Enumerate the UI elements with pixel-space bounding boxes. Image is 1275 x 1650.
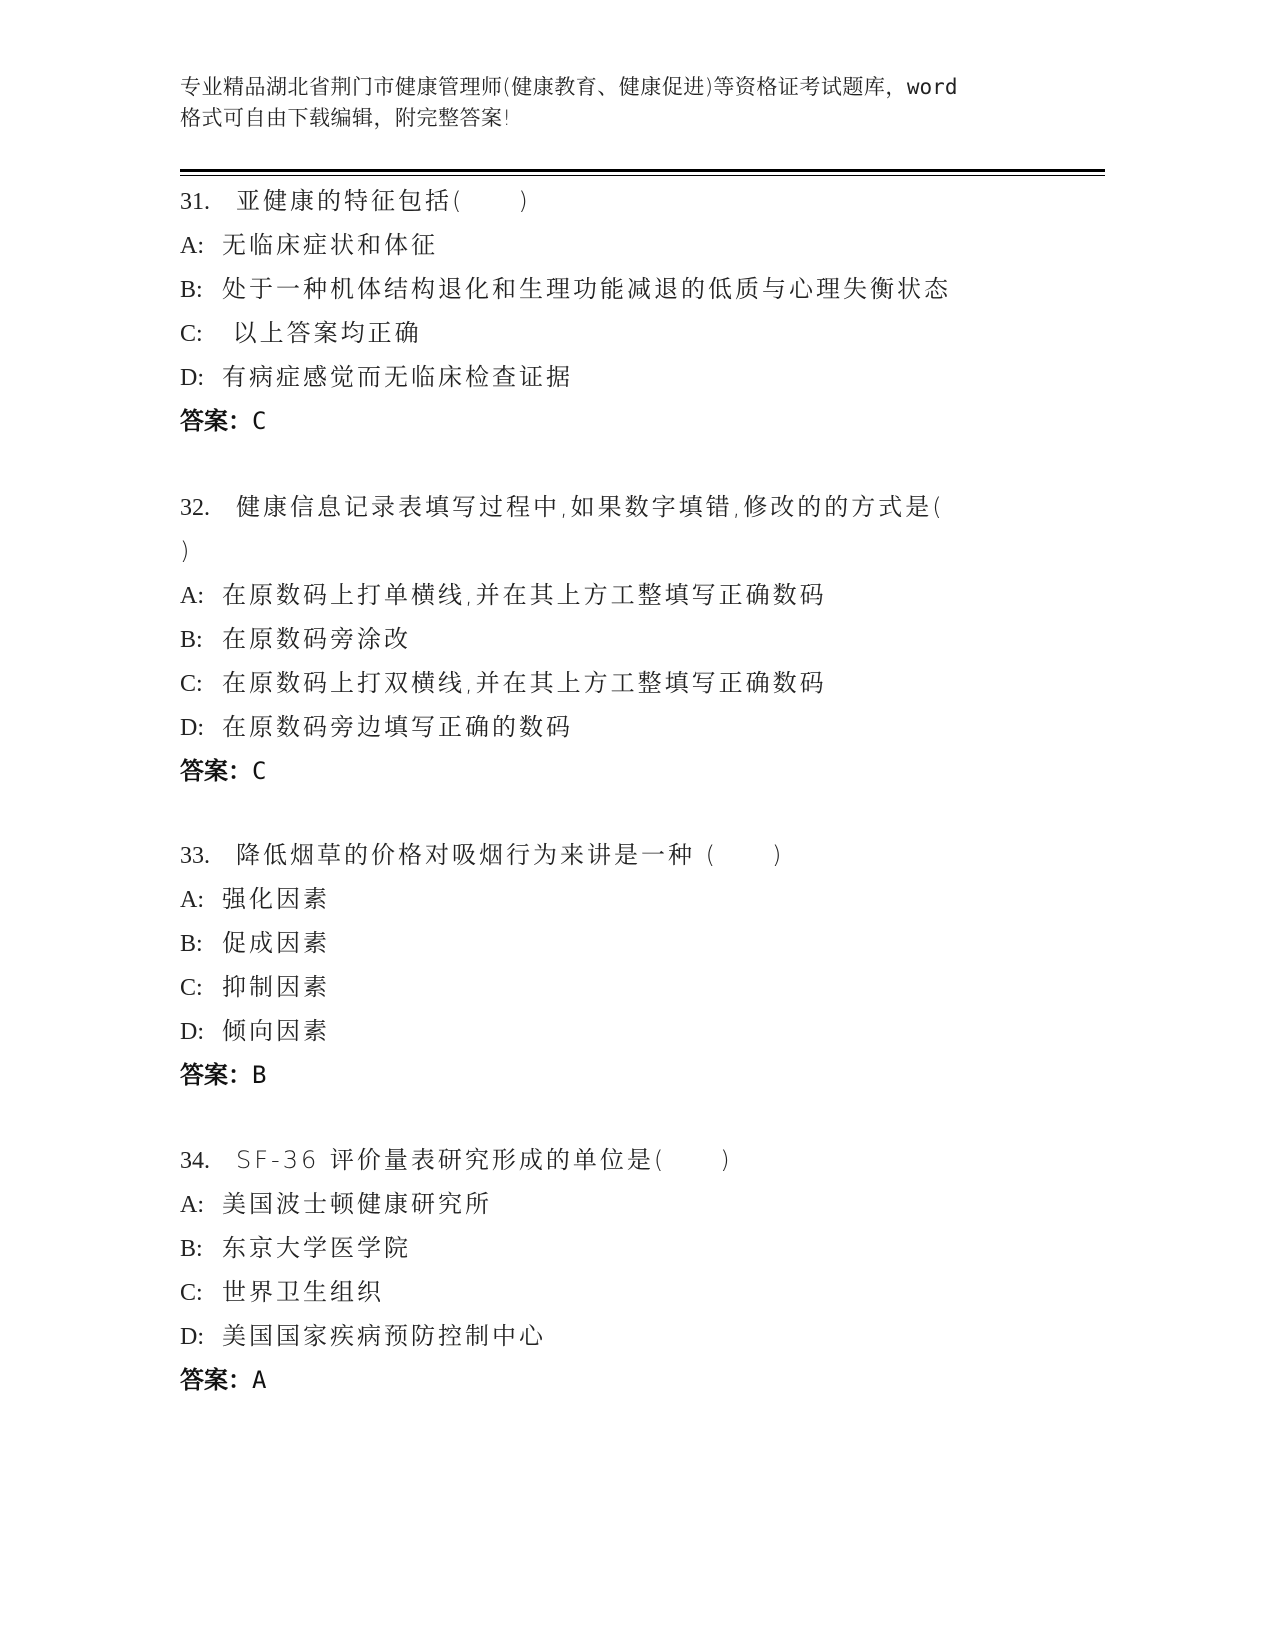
question-31: 31.亚健康的特征包括( ) A:无临床症状和体征 B:处于一种机体结构退化和生… [180, 179, 1080, 443]
option-text: 强化因素 [222, 885, 330, 913]
header-divider-thin [180, 175, 1105, 176]
answer-label: 答案： [180, 407, 252, 435]
option-c: C: 以上答案均正确 [180, 311, 1080, 355]
question-number: 34. [180, 1139, 236, 1183]
question-text: 健康信息记录表填写过程中,如果数字填错,修改的的方式是( [236, 493, 945, 521]
option-c: C:世界卫生组织 [180, 1270, 1080, 1314]
question-32: 32.健康信息记录表填写过程中,如果数字填错,修改的的方式是( ) A:在原数码… [180, 485, 1080, 793]
document-header: 专业精品湖北省荆门市健康管理师(健康教育、健康促进)等资格证考试题库，word … [180, 72, 1060, 134]
question-text: 降低烟草的价格对吸烟行为来讲是一种 ( ) [236, 841, 784, 869]
option-b: B:促成因素 [180, 921, 1080, 965]
header-word: word [907, 75, 958, 99]
option-text: 以上答案均正确 [222, 319, 422, 347]
option-label: D: [180, 1315, 222, 1359]
answer-value: C [252, 407, 266, 435]
option-label: D: [180, 706, 222, 750]
question-number: 33. [180, 834, 236, 878]
option-label: B: [180, 268, 222, 312]
answer-label: 答案： [180, 757, 252, 785]
answer-line: 答案：A [180, 1358, 1080, 1402]
option-text: 在原数码上打双横线,并在其上方工整填写正确数码 [222, 669, 827, 697]
option-text: 东京大学医学院 [222, 1234, 411, 1262]
question-stem: 32.健康信息记录表填写过程中,如果数字填错,修改的的方式是( [180, 485, 1080, 529]
question-text: 亚健康的特征包括( ) [236, 187, 531, 215]
option-b: B:东京大学医学院 [180, 1226, 1080, 1270]
answer-line: 答案：B [180, 1053, 1080, 1097]
question-33: 33.降低烟草的价格对吸烟行为来讲是一种 ( ) A:强化因素 B:促成因素 C… [180, 833, 1080, 1097]
question-stem: 34.SF-36 评价量表研究形成的单位是( ) [180, 1138, 1080, 1182]
option-text: 在原数码旁涂改 [222, 625, 411, 653]
header-divider-thick [180, 169, 1105, 172]
header-title: 专业精品湖北省荆门市健康管理师(健康教育、健康促进)等资格证考试题库， [180, 75, 907, 99]
option-c: C:在原数码上打双横线,并在其上方工整填写正确数码 [180, 661, 1080, 705]
option-label: B: [180, 618, 222, 662]
question-number: 32. [180, 486, 236, 530]
option-text: 在原数码旁边填写正确的数码 [222, 713, 573, 741]
question-stem-continued: ) [180, 529, 1080, 573]
answer-value: C [252, 757, 266, 785]
option-a: A:无临床症状和体征 [180, 223, 1080, 267]
option-d: D:有病症感觉而无临床检查证据 [180, 355, 1080, 399]
question-stem: 31.亚健康的特征包括( ) [180, 179, 1080, 223]
option-a: A:强化因素 [180, 877, 1080, 921]
answer-line: 答案：C [180, 749, 1080, 793]
option-label: C: [180, 1271, 222, 1315]
answer-line: 答案：C [180, 399, 1080, 443]
option-text: 无临床症状和体征 [222, 231, 438, 259]
option-text: 美国国家疾病预防控制中心 [222, 1322, 546, 1350]
header-line-2: 格式可自由下载编辑，附完整答案! [180, 103, 1060, 134]
option-label: D: [180, 1010, 222, 1054]
option-label: B: [180, 1227, 222, 1271]
option-label: A: [180, 224, 222, 268]
option-text: 世界卫生组织 [222, 1278, 384, 1306]
answer-label: 答案： [180, 1366, 252, 1394]
option-text: 有病症感觉而无临床检查证据 [222, 363, 573, 391]
option-a: A:美国波士顿健康研究所 [180, 1182, 1080, 1226]
answer-value: B [252, 1061, 266, 1089]
option-text: 倾向因素 [222, 1017, 330, 1045]
option-label: C: [180, 312, 222, 356]
option-text: 在原数码上打单横线,并在其上方工整填写正确数码 [222, 581, 827, 609]
option-text: 美国波士顿健康研究所 [222, 1190, 492, 1218]
option-b: B:处于一种机体结构退化和生理功能减退的低质与心理失衡状态 [180, 267, 1080, 311]
option-label: C: [180, 662, 222, 706]
option-a: A:在原数码上打单横线,并在其上方工整填写正确数码 [180, 573, 1080, 617]
option-label: A: [180, 574, 222, 618]
answer-label: 答案： [180, 1061, 252, 1089]
option-label: C: [180, 966, 222, 1010]
option-d: D:美国国家疾病预防控制中心 [180, 1314, 1080, 1358]
question-stem: 33.降低烟草的价格对吸烟行为来讲是一种 ( ) [180, 833, 1080, 877]
option-d: D:倾向因素 [180, 1009, 1080, 1053]
option-label: A: [180, 878, 222, 922]
question-number: 31. [180, 180, 236, 224]
option-b: B:在原数码旁涂改 [180, 617, 1080, 661]
option-label: B: [180, 922, 222, 966]
answer-value: A [252, 1366, 266, 1394]
option-c: C:抑制因素 [180, 965, 1080, 1009]
question-34: 34.SF-36 评价量表研究形成的单位是( ) A:美国波士顿健康研究所 B:… [180, 1138, 1080, 1402]
option-text: 促成因素 [222, 929, 330, 957]
option-label: D: [180, 356, 222, 400]
option-d: D:在原数码旁边填写正确的数码 [180, 705, 1080, 749]
option-text: 处于一种机体结构退化和生理功能减退的低质与心理失衡状态 [222, 275, 951, 303]
option-text: 抑制因素 [222, 973, 330, 1001]
option-label: A: [180, 1183, 222, 1227]
question-text: SF-36 评价量表研究形成的单位是( ) [236, 1146, 733, 1174]
header-line-1: 专业精品湖北省荆门市健康管理师(健康教育、健康促进)等资格证考试题库，word [180, 72, 1060, 103]
